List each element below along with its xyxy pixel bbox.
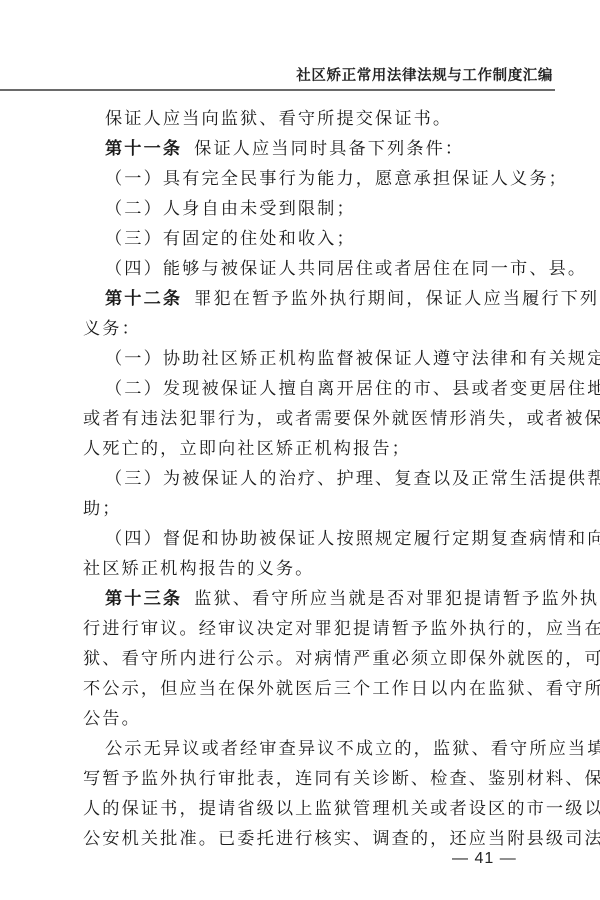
line-text: 写暂予监外执行审批表，连同有关诊断、检查、鉴别材料、保证 <box>83 769 600 789</box>
line-text: 助； <box>83 499 122 519</box>
list-item-line: （一）具有完全民事行为能力，愿意承担保证人义务； <box>83 164 555 194</box>
line-text: （二）发现被保证人擅自离开居住的市、县或者变更居住地， <box>105 379 600 399</box>
line-text: 保证人应当向监狱、看守所提交保证书。 <box>105 109 452 129</box>
page-number: — 41 — <box>452 850 517 868</box>
line-text: 义务： <box>83 319 141 339</box>
article-heading-line: 第十三条监狱、看守所应当就是否对罪犯提请暂予监外执 <box>83 584 555 614</box>
line-text: 保证人应当同时具备下列条件： <box>194 139 464 159</box>
line-text: 社区矫正机构报告的义务。 <box>83 559 314 579</box>
line-text: 或者有违法犯罪行为，或者需要保外就医情形消失，或者被保证 <box>83 409 600 429</box>
header-divider <box>0 89 555 91</box>
paragraph-line: 义务： <box>83 314 555 344</box>
article-number: 第十三条 <box>105 589 182 609</box>
line-text: （三）有固定的住处和收入； <box>105 229 356 249</box>
article-number: 第十二条 <box>105 289 182 309</box>
line-text: 人的保证书，提请省级以上监狱管理机关或者设区的市一级以上 <box>83 799 600 819</box>
running-header-title: 社区矫正常用法律法规与工作制度汇编 <box>296 64 553 85</box>
line-text: 监狱、看守所应当就是否对罪犯提请暂予监外执 <box>194 589 599 609</box>
paragraph-line: 保证人应当向监狱、看守所提交保证书。 <box>83 104 555 134</box>
paragraph-line: 行进行审议。经审议决定对罪犯提请暂予监外执行的，应当在监 <box>83 614 555 644</box>
paragraph-line: 不公示，但应当在保外就医后三个工作日以内在监狱、看守所内 <box>83 674 555 704</box>
list-item-line: （二）人身自由未受到限制； <box>83 194 555 224</box>
list-item-line: （二）发现被保证人擅自离开居住的市、县或者变更居住地， <box>83 374 555 404</box>
list-item-line: （四）能够与被保证人共同居住或者居住在同一市、县。 <box>83 254 555 284</box>
line-text: （二）人身自由未受到限制； <box>105 199 356 219</box>
line-text: （四）能够与被保证人共同居住或者居住在同一市、县。 <box>105 259 587 279</box>
line-text: 不公示，但应当在保外就医后三个工作日以内在监狱、看守所内 <box>83 679 600 699</box>
line-text: （三）为被保证人的治疗、护理、复查以及正常生活提供帮 <box>105 469 600 489</box>
line-text: （一）具有完全民事行为能力，愿意承担保证人义务； <box>105 169 568 189</box>
article-heading-line: 第十二条罪犯在暂予监外执行期间，保证人应当履行下列 <box>83 284 555 314</box>
line-text: 公安机关批准。已委托进行核实、调查的，还应当附县级司法行 <box>83 829 600 849</box>
line-text: （一）协助社区矫正机构监督被保证人遵守法律和有关规定； <box>105 349 600 369</box>
line-text: 罪犯在暂予监外执行期间，保证人应当履行下列 <box>194 289 599 309</box>
line-text: 公示无异议或者经审查异议不成立的，监狱、看守所应当填 <box>105 739 600 759</box>
paragraph-line: 公示无异议或者经审查异议不成立的，监狱、看守所应当填 <box>83 734 555 764</box>
line-text: （四）督促和协助被保证人按照规定履行定期复查病情和向 <box>105 529 600 549</box>
list-item-line: （四）督促和协助被保证人按照规定履行定期复查病情和向 <box>83 524 555 554</box>
line-text: 狱、看守所内进行公示。对病情严重必须立即保外就医的，可以 <box>83 649 600 669</box>
paragraph-line: 人死亡的，立即向社区矫正机构报告； <box>83 434 555 464</box>
article-heading-line: 第十一条保证人应当同时具备下列条件： <box>83 134 555 164</box>
page-body: 保证人应当向监狱、看守所提交保证书。 第十一条保证人应当同时具备下列条件： （一… <box>83 104 555 854</box>
paragraph-line: 写暂予监外执行审批表，连同有关诊断、检查、鉴别材料、保证 <box>83 764 555 794</box>
paragraph-line: 助； <box>83 494 555 524</box>
list-item-line: （三）有固定的住处和收入； <box>83 224 555 254</box>
line-text: 人死亡的，立即向社区矫正机构报告； <box>83 439 411 459</box>
list-item-line: （一）协助社区矫正机构监督被保证人遵守法律和有关规定； <box>83 344 555 374</box>
paragraph-line: 狱、看守所内进行公示。对病情严重必须立即保外就医的，可以 <box>83 644 555 674</box>
line-text: 公告。 <box>83 709 141 729</box>
article-number: 第十一条 <box>105 139 182 159</box>
paragraph-line: 或者有违法犯罪行为，或者需要保外就医情形消失，或者被保证 <box>83 404 555 434</box>
paragraph-line: 人的保证书，提请省级以上监狱管理机关或者设区的市一级以上 <box>83 794 555 824</box>
paragraph-line: 公告。 <box>83 704 555 734</box>
list-item-line: （三）为被保证人的治疗、护理、复查以及正常生活提供帮 <box>83 464 555 494</box>
line-text: 行进行审议。经审议决定对罪犯提请暂予监外执行的，应当在监 <box>83 619 600 639</box>
paragraph-line: 社区矫正机构报告的义务。 <box>83 554 555 584</box>
